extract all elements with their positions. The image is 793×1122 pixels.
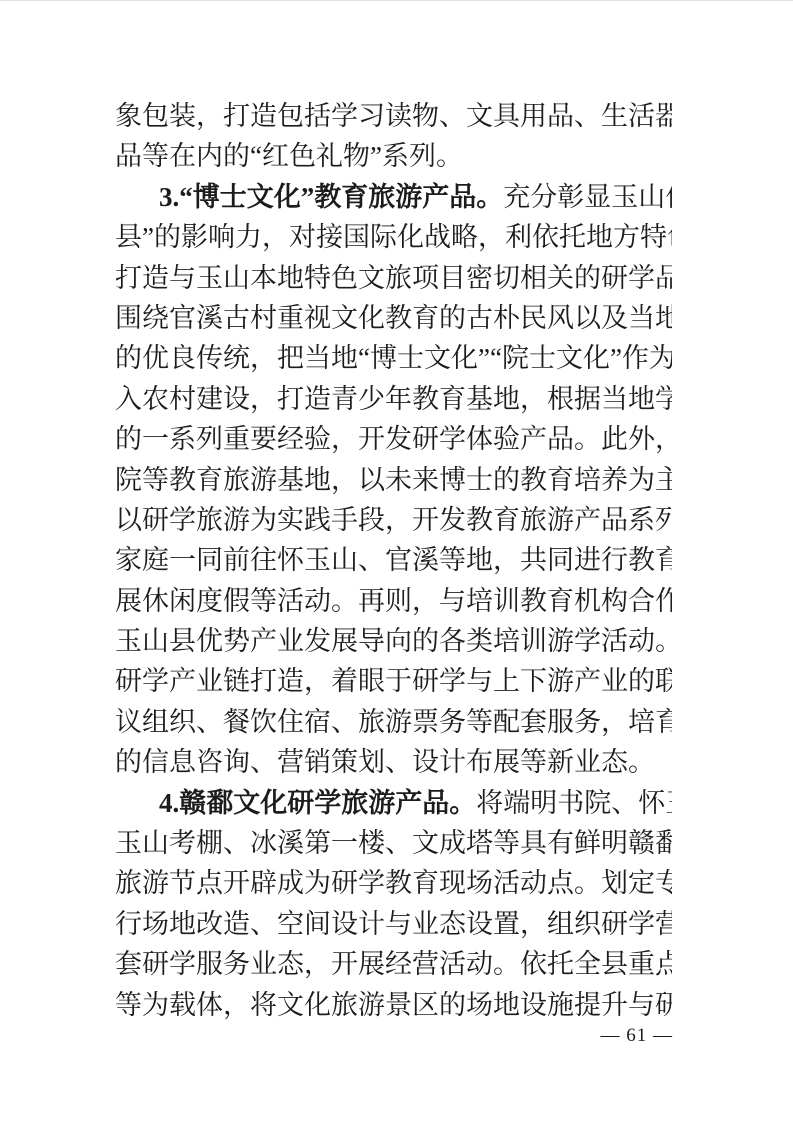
line-text: 旅游节点开辟成为研学教育现场活动点。划定专门区域，进 bbox=[115, 868, 672, 898]
text-line: 围绕官溪古村重视文化教育的古朴民风以及当地人才辈出 bbox=[115, 298, 672, 338]
text-line: 玉山县优势产业发展导向的各类培训游学活动。同时，加大 bbox=[115, 621, 672, 661]
text-line: 研学产业链打造，着眼于研学与上下游产业的联动，优化会 bbox=[115, 661, 672, 701]
text-line: 家庭一同前往怀玉山、官溪等地，共同进行教育体验，并开 bbox=[115, 540, 672, 580]
line-text: 展休闲度假等活动。再则，与培训教育机构合作，组织符合 bbox=[115, 586, 672, 616]
line-text: 家庭一同前往怀玉山、官溪等地，共同进行教育体验，并开 bbox=[115, 545, 672, 575]
line-text: 玉山县优势产业发展导向的各类培训游学活动。同时，加大 bbox=[115, 626, 672, 656]
text-line-paragraph-end: 品等在内的“红色礼物”系列。 bbox=[115, 136, 672, 176]
text-line: 旅游节点开辟成为研学教育现场活动点。划定专门区域，进 bbox=[115, 863, 672, 903]
line-text: 县”的影响力，对接国际化战略，利依托地方特色产业，培育 bbox=[115, 222, 672, 252]
line-text: 的一系列重要经验，开发研学体验产品。此外，结合怀玉书 bbox=[115, 424, 672, 454]
line-text: 的优良传统，把当地“博士文化”“院士文化”作为核心元素融 bbox=[115, 343, 672, 373]
line-text: 围绕官溪古村重视文化教育的古朴民风以及当地人才辈出 bbox=[115, 303, 672, 333]
text-line: 入农村建设，打造青少年教育基地，根据当地学子养育栽培 bbox=[115, 379, 672, 419]
line-text: 研学产业链打造，着眼于研学与上下游产业的联动，优化会 bbox=[115, 666, 672, 696]
line-text: 议组织、餐饮住宿、旅游票务等配套服务，培育与研学相关 bbox=[115, 707, 672, 737]
text-line: 院等教育旅游基地，以未来博士的教育培养为主题和卖点， bbox=[115, 460, 672, 500]
text-line-paragraph-start: 4.赣鄱文化研学旅游产品。将端明书院、怀玉书院以及 bbox=[115, 783, 672, 823]
text-line: 以研学旅游为实践手段，开发教育旅游产品系列，鼓励亲子 bbox=[115, 500, 672, 540]
line-text: 将端明书院、怀玉书院以及 bbox=[476, 788, 672, 818]
text-line: 行场地改造、空间设计与业态设置，组织研学营等活动，配 bbox=[115, 904, 672, 944]
line-text: 等为载体，将文化旅游景区的场地设施提升与研学旅游活动 bbox=[115, 990, 672, 1020]
line-text: 的信息咨询、营销策划、设计布展等新业态。 bbox=[115, 747, 655, 777]
line-text: 行场地改造、空间设计与业态设置，组织研学营等活动，配 bbox=[115, 909, 672, 939]
text-line: 打造与玉山本地特色文旅项目密切相关的研学品牌。首先， bbox=[115, 258, 672, 298]
text-line: 的优良传统，把当地“博士文化”“院士文化”作为核心元素融 bbox=[115, 338, 672, 378]
paragraph-3-heading: 3.“博士文化”教育旅游产品。 bbox=[159, 182, 503, 212]
text-line: 议组织、餐饮住宿、旅游票务等配套服务，培育与研学相关 bbox=[115, 702, 672, 742]
text-line-paragraph-start: 3.“博士文化”教育旅游产品。充分彰显玉山作为“博士 bbox=[115, 177, 672, 217]
line-text: 院等教育旅游基地，以未来博士的教育培养为主题和卖点， bbox=[115, 465, 672, 495]
text-line: 展休闲度假等活动。再则，与培训教育机构合作，组织符合 bbox=[115, 581, 672, 621]
line-text: 套研学服务业态，开展经营活动。依托全县重点传统古村落 bbox=[115, 949, 672, 979]
body-text-block: 象包装，打造包括学习读物、文具用品、生活器具、健康食 品等在内的“红色礼物”系列… bbox=[115, 96, 672, 1025]
paragraph-4-heading: 4.赣鄱文化研学旅游产品。 bbox=[159, 788, 476, 818]
line-text: 充分彰显玉山作为“博士 bbox=[503, 182, 672, 212]
text-line-paragraph-end: 的信息咨询、营销策划、设计布展等新业态。 bbox=[115, 742, 672, 782]
scan-edge-line bbox=[0, 0, 793, 1]
line-text: 象包装，打造包括学习读物、文具用品、生活器具、健康食 bbox=[115, 101, 672, 131]
text-line: 玉山考棚、冰溪第一楼、文成塔等具有鲜明赣鄱文化特色的 bbox=[115, 823, 672, 863]
line-text: 打造与玉山本地特色文旅项目密切相关的研学品牌。首先， bbox=[115, 263, 672, 293]
text-line: 的一系列重要经验，开发研学体验产品。此外，结合怀玉书 bbox=[115, 419, 672, 459]
line-text: 玉山考棚、冰溪第一楼、文成塔等具有鲜明赣鄱文化特色的 bbox=[115, 828, 672, 858]
page-number: — 61 — bbox=[601, 1024, 674, 1048]
line-text: 以研学旅游为实践手段，开发教育旅游产品系列，鼓励亲子 bbox=[115, 505, 672, 535]
text-line: 象包装，打造包括学习读物、文具用品、生活器具、健康食 bbox=[115, 96, 672, 136]
document-page: 象包装，打造包括学习读物、文具用品、生活器具、健康食 品等在内的“红色礼物”系列… bbox=[0, 0, 793, 1122]
text-line: 等为载体，将文化旅游景区的场地设施提升与研学旅游活动 bbox=[115, 985, 672, 1025]
line-text: 品等在内的“红色礼物”系列。 bbox=[115, 141, 463, 171]
text-line: 套研学服务业态，开展经营活动。依托全县重点传统古村落 bbox=[115, 944, 672, 984]
text-line: 县”的影响力，对接国际化战略，利依托地方特色产业，培育 bbox=[115, 217, 672, 257]
line-text: 入农村建设，打造青少年教育基地，根据当地学子养育栽培 bbox=[115, 384, 672, 414]
